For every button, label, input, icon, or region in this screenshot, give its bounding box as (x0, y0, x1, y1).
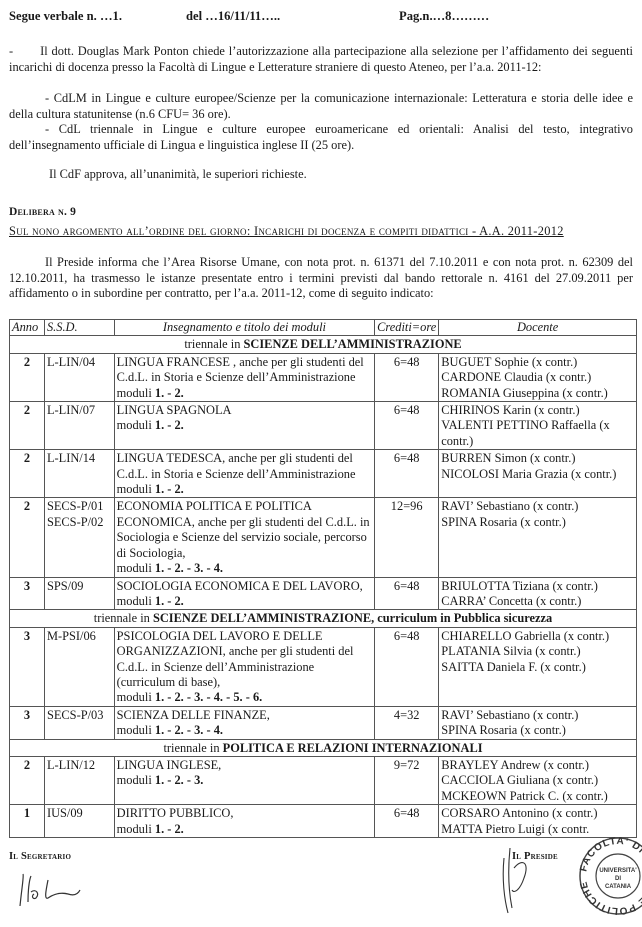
section-header-row: triennale in SCIENZE DELL’AMMINISTRAZION… (10, 336, 637, 353)
section-title: triennale in POLITICA E RELAZIONI INTERN… (10, 739, 637, 756)
cell-crediti: 6=48 (375, 577, 439, 610)
cell-insegnamento: ECONOMIA POLITICA E POLITICA ECONOMICA, … (114, 498, 375, 577)
table-row: 1IUS/09DIRITTO PUBBLICO,moduli 1. - 2.6=… (10, 805, 637, 838)
cell-ssd: SECS-P/03 (44, 706, 114, 739)
docente-name: BUGUET Sophie (x contr.) (441, 355, 634, 370)
cell-anno: 2 (10, 450, 45, 498)
request-paragraph: - Il dott. Douglas Mark Ponton chiede l’… (9, 44, 633, 75)
docente-name: PLATANIA Silvia (x contr.) (441, 644, 634, 659)
svg-text:CATANIA: CATANIA (605, 884, 632, 890)
section-header-row: triennale in POLITICA E RELAZIONI INTERN… (10, 739, 637, 756)
cell-docente: BURREN Simon (x contr.)NICOLOSI Maria Gr… (439, 450, 637, 498)
docente-name: SAITTA Daniela F. (x contr.) (441, 660, 634, 675)
cell-insegnamento: LINGUA SPAGNOLAmoduli 1. - 2. (114, 402, 375, 450)
cell-ssd: L-LIN/04 (44, 353, 114, 401)
cell-docente: RAVI’ Sebastiano (x contr.)SPINA Rosaria… (439, 706, 637, 739)
docente-name: CARDONE Claudia (x contr.) (441, 370, 634, 385)
request-item-2: - CdL triennale in Lingue e culture euro… (9, 122, 633, 153)
assignments-table: Anno S.S.D. Insegnamento e titolo dei mo… (9, 319, 637, 838)
table-row: 3SECS-P/03SCIENZA DELLE FINANZE,moduli 1… (10, 706, 637, 739)
dean-signature (494, 838, 544, 918)
docente-name: MATTA Pietro Luigi (x contr. (441, 822, 634, 837)
delibera-title: Delibera n. 9 (9, 206, 76, 218)
table-row: 2L-LIN/14LINGUA TEDESCA, anche per gli s… (10, 450, 637, 498)
docente-name: VALENTI PETTINO Raffaella (x contr.) (441, 418, 634, 449)
cell-ssd: L-LIN/07 (44, 402, 114, 450)
cell-ssd: SPS/09 (44, 577, 114, 610)
header-crediti: Crediti=ore (375, 320, 439, 336)
cell-docente: CHIARELLO Gabriella (x contr.)PLATANIA S… (439, 627, 637, 706)
docente-name: CARRA’ Concetta (x contr.) (441, 594, 634, 609)
section-title: triennale in SCIENZE DELL’AMMINISTRAZION… (10, 336, 637, 353)
cell-ssd: L-LIN/14 (44, 450, 114, 498)
delibera-body: Il Preside informa che l’Area Risorse Um… (9, 255, 633, 302)
page-header: Segue verbale n. …1. del …16/11/11….. Pa… (9, 9, 622, 25)
table-row: 3M-PSI/06PSICOLOGIA DEL LAVORO E DELLE O… (10, 627, 637, 706)
table-row: 2L-LIN/07LINGUA SPAGNOLAmoduli 1. - 2.6=… (10, 402, 637, 450)
cell-anno: 1 (10, 805, 45, 838)
docente-name: CORSARO Antonino (x contr.) (441, 806, 634, 821)
cell-insegnamento: PSICOLOGIA DEL LAVORO E DELLE ORGANIZZAZ… (114, 627, 375, 706)
docente-name: SPINA Rosaria (x contr.) (441, 723, 634, 738)
section-title: triennale in SCIENZE DELL’AMMINISTRAZION… (10, 610, 637, 627)
table-row: 2L-LIN/12LINGUA INGLESE,moduli 1. - 2. -… (10, 756, 637, 804)
svg-text:DI: DI (615, 876, 621, 882)
cell-insegnamento: DIRITTO PUBBLICO,moduli 1. - 2. (114, 805, 375, 838)
cell-docente: CHIRINOS Karin (x contr.)VALENTI PETTINO… (439, 402, 637, 450)
svg-text:UNIVERSITA': UNIVERSITA' (599, 868, 637, 874)
cell-ssd: SECS-P/01 SECS-P/02 (44, 498, 114, 577)
cell-crediti: 6=48 (375, 805, 439, 838)
svg-text:FACOLTA' DI SCIENZE POLITICHE: FACOLTA' DI SCIENZE POLITICHE (578, 836, 642, 916)
cell-docente: BRIULOTTA Tiziana (x contr.)CARRA’ Conce… (439, 577, 637, 610)
cell-crediti: 6=48 (375, 627, 439, 706)
header-docente: Docente (439, 320, 637, 336)
approval-text: Il CdF approva, all’unanimità, le superi… (9, 167, 633, 183)
docente-name: MCKEOWN Patrick C. (x contr.) (441, 789, 634, 804)
cell-insegnamento: SOCIOLOGIA ECONOMICA E DEL LAVORO,moduli… (114, 577, 375, 610)
section-header-row: triennale in SCIENZE DELL’AMMINISTRAZION… (10, 610, 637, 627)
cell-anno: 2 (10, 498, 45, 577)
cell-crediti: 9=72 (375, 756, 439, 804)
header-anno: Anno (10, 320, 45, 336)
cell-anno: 3 (10, 706, 45, 739)
cell-crediti: 6=48 (375, 353, 439, 401)
docente-name: BURREN Simon (x contr.) (441, 451, 634, 466)
cell-insegnamento: LINGUA INGLESE,moduli 1. - 2. - 3. (114, 756, 375, 804)
request-item-1: - CdLM in Lingue e culture europee/Scien… (9, 91, 633, 122)
docente-name: NICOLOSI Maria Grazia (x contr.) (441, 467, 634, 482)
cell-insegnamento: SCIENZA DELLE FINANZE,moduli 1. - 2. - 3… (114, 706, 375, 739)
cell-ssd: L-LIN/12 (44, 756, 114, 804)
cell-insegnamento: LINGUA FRANCESE , anche per gli studenti… (114, 353, 375, 401)
header-ssd: S.S.D. (44, 320, 114, 336)
cell-insegnamento: LINGUA TEDESCA, anche per gli studenti d… (114, 450, 375, 498)
verbale-number: Segue verbale n. …1. (9, 9, 122, 24)
cell-crediti: 12=96 (375, 498, 439, 577)
docente-name: BRAYLEY Andrew (x contr.) (441, 758, 634, 773)
cell-anno: 2 (10, 353, 45, 401)
cell-anno: 3 (10, 577, 45, 610)
docente-name: ROMANIA Giuseppina (x contr.) (441, 386, 634, 401)
cell-anno: 3 (10, 627, 45, 706)
table-row: 3SPS/09SOCIOLOGIA ECONOMICA E DEL LAVORO… (10, 577, 637, 610)
page-number: Pag.n.…8……… (399, 9, 489, 24)
table-header-row: Anno S.S.D. Insegnamento e titolo dei mo… (10, 320, 637, 336)
cell-docente: BRAYLEY Andrew (x contr.)CACCIOLA Giulia… (439, 756, 637, 804)
cell-docente: RAVI’ Sebastiano (x contr.)SPINA Rosaria… (439, 498, 637, 577)
header-insegnamento: Insegnamento e titolo dei moduli (114, 320, 375, 336)
cell-crediti: 4=32 (375, 706, 439, 739)
cell-crediti: 6=48 (375, 402, 439, 450)
docente-name: CHIARELLO Gabriella (x contr.) (441, 629, 634, 644)
cell-docente: CORSARO Antonino (x contr.)MATTA Pietro … (439, 805, 637, 838)
delibera-subject: Sul nono argomento all’ordine del giorno… (9, 224, 633, 239)
cell-anno: 2 (10, 756, 45, 804)
cell-ssd: M-PSI/06 (44, 627, 114, 706)
cell-crediti: 6=48 (375, 450, 439, 498)
faculty-stamp: FACOLTA' DI SCIENZE POLITICHE UNIVERSITA… (578, 836, 642, 916)
table-row: 2SECS-P/01 SECS-P/02ECONOMIA POLITICA E … (10, 498, 637, 577)
docente-name: RAVI’ Sebastiano (x contr.) (441, 708, 634, 723)
docente-name: CACCIOLA Giuliana (x contr.) (441, 773, 634, 788)
cell-ssd: IUS/09 (44, 805, 114, 838)
docente-name: RAVI’ Sebastiano (x contr.) (441, 499, 634, 514)
secretary-label: Il Segretario (9, 851, 71, 862)
secretary-signature (14, 866, 94, 916)
table-row: 2L-LIN/04LINGUA FRANCESE , anche per gli… (10, 353, 637, 401)
docente-name: CHIRINOS Karin (x contr.) (441, 403, 634, 418)
docente-name: BRIULOTTA Tiziana (x contr.) (441, 579, 634, 594)
cell-anno: 2 (10, 402, 45, 450)
cell-docente: BUGUET Sophie (x contr.)CARDONE Claudia … (439, 353, 637, 401)
docente-name: SPINA Rosaria (x contr.) (441, 515, 634, 530)
verbale-date: del …16/11/11….. (186, 9, 280, 24)
